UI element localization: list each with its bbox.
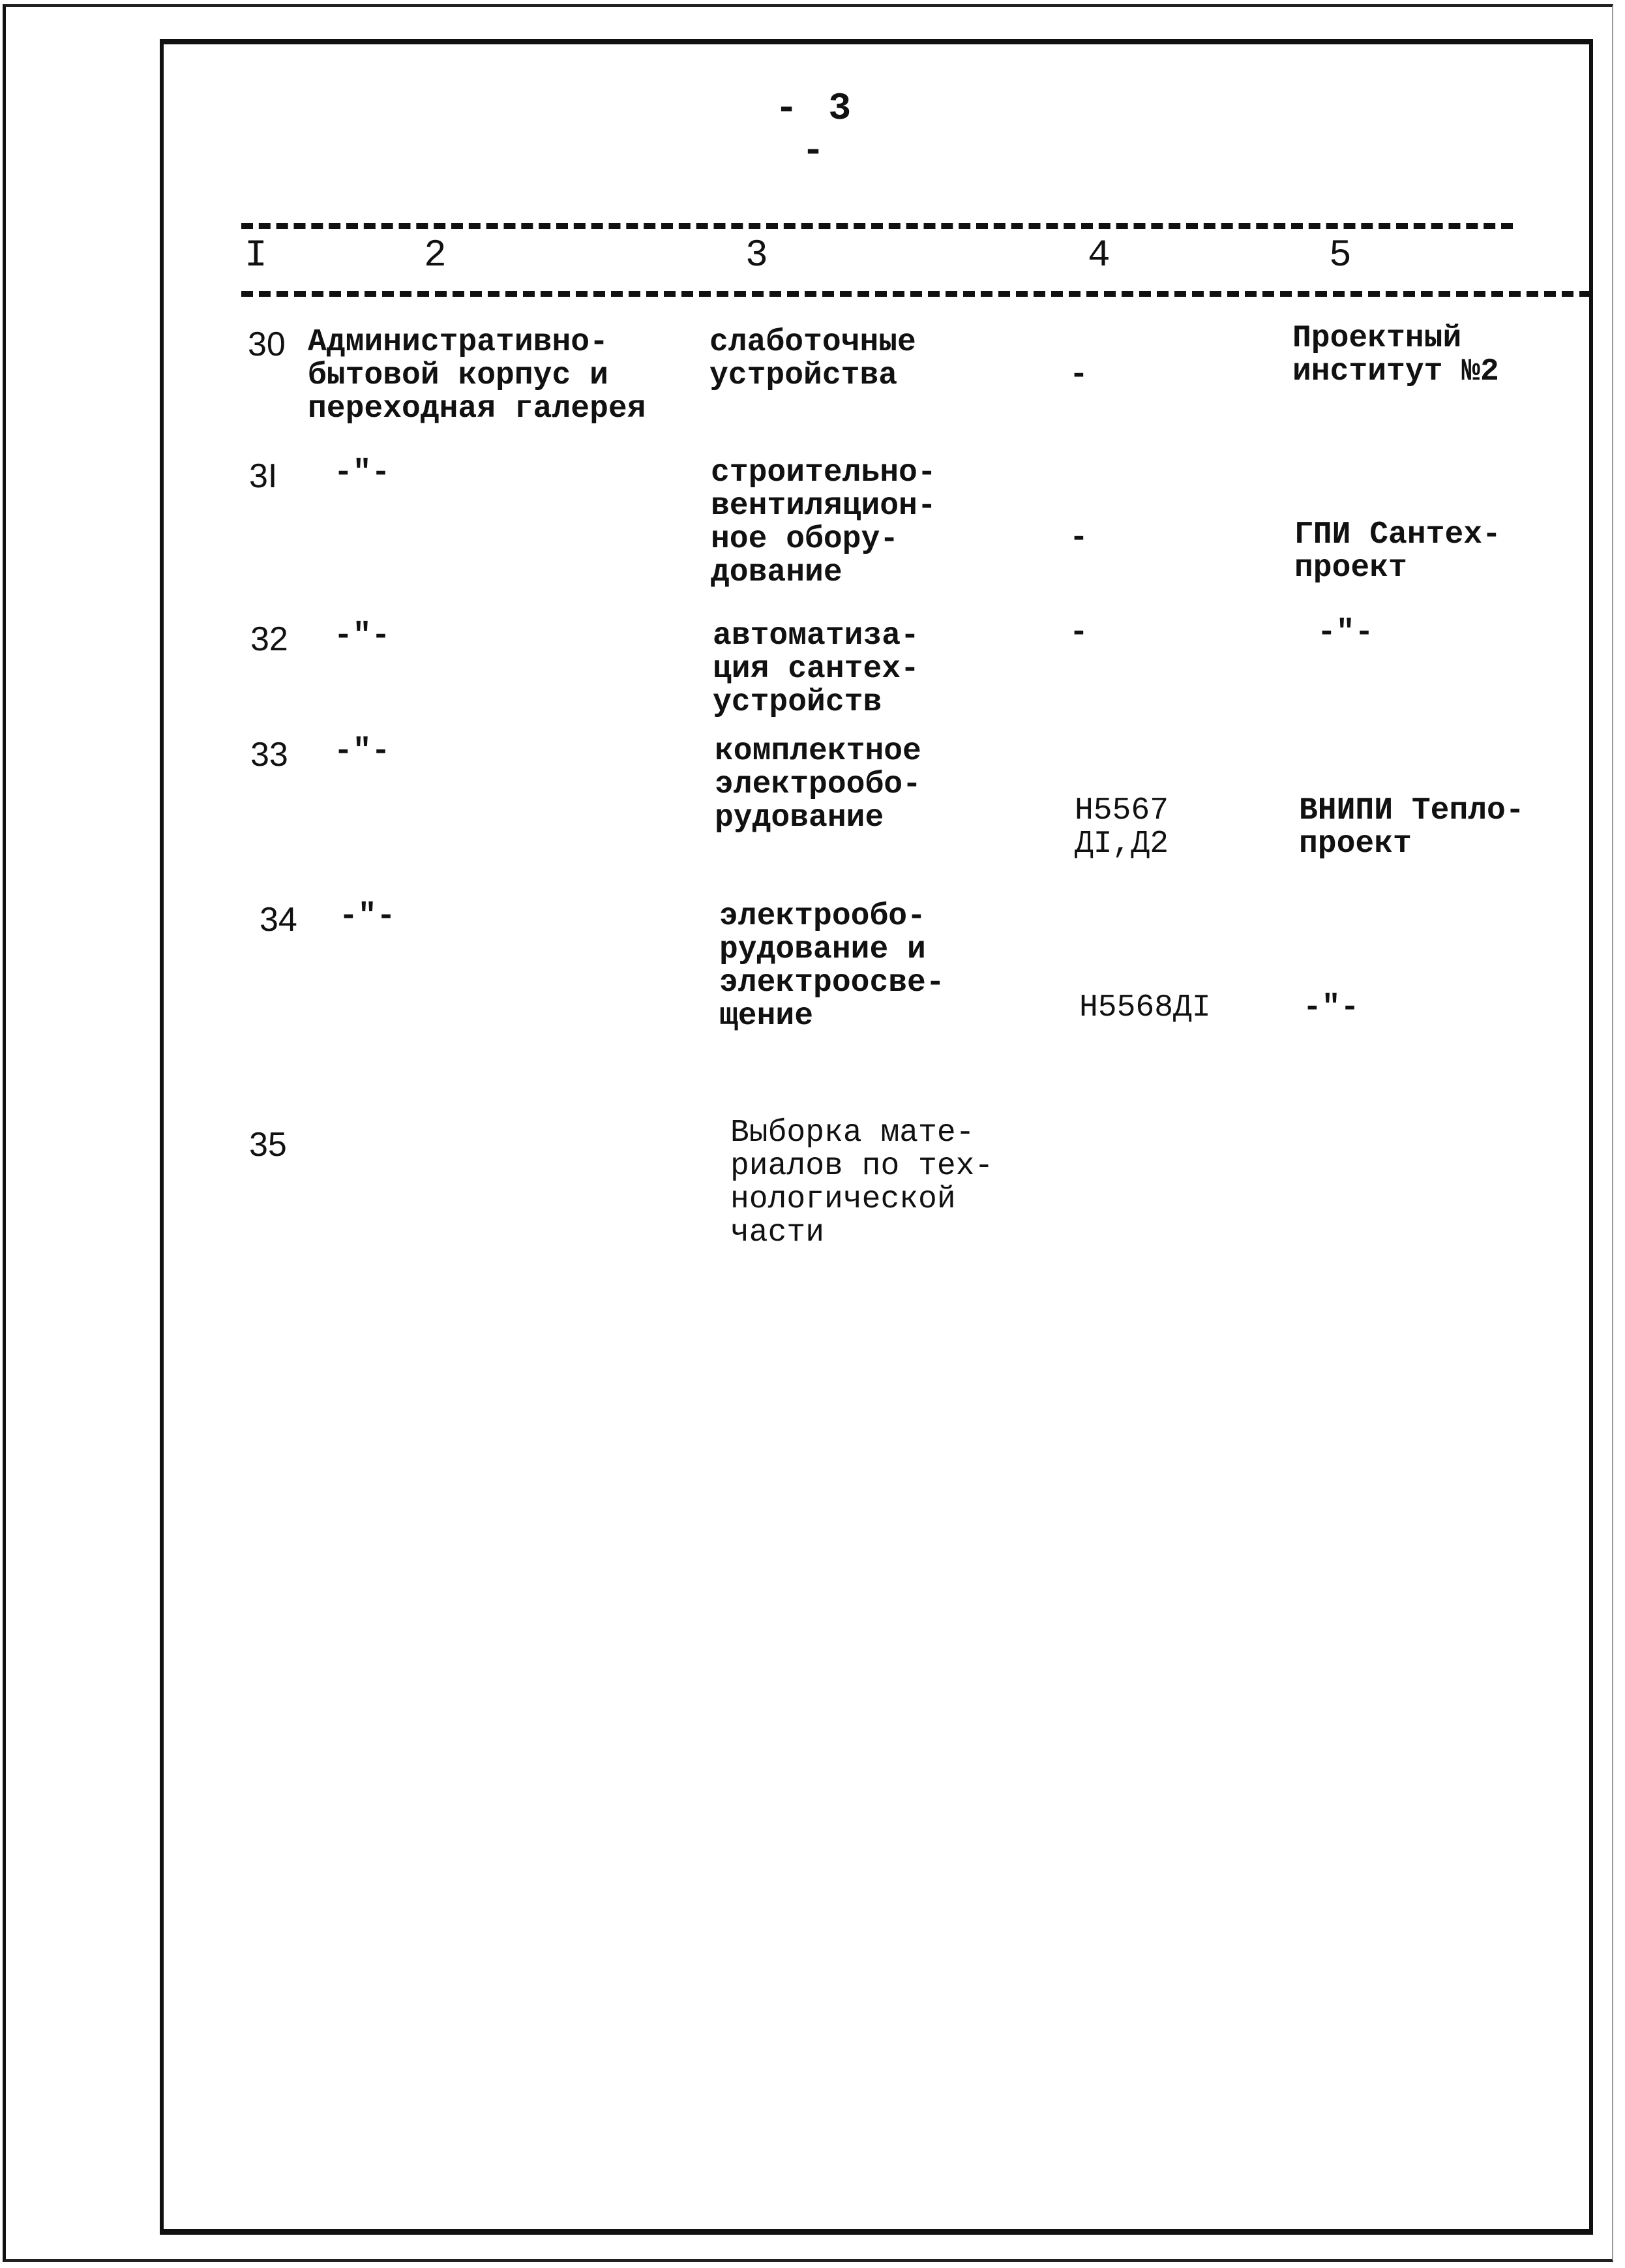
- column-header-1: I: [245, 235, 267, 277]
- section-name: комплектное электрообо- рудование: [715, 735, 921, 835]
- organization: Проектный институт №2: [1292, 322, 1499, 389]
- row-number: 35: [249, 1125, 287, 1164]
- column-header-2: 2: [424, 235, 447, 277]
- row-number: 3I: [249, 457, 277, 496]
- column-header-3: 3: [745, 235, 768, 277]
- column-header-5: 5: [1329, 235, 1352, 277]
- row-number: 32: [250, 620, 288, 659]
- header-top-rule: [241, 223, 1513, 229]
- drawing-code: -: [1069, 616, 1088, 650]
- organization: ВНИПИ Тепло- проект: [1299, 794, 1525, 861]
- column-header-4: 4: [1088, 235, 1111, 277]
- object-name: -"-: [339, 900, 395, 933]
- organization: -"-: [1303, 991, 1359, 1025]
- section-name: слаботочные устройства: [709, 326, 916, 393]
- drawing-code: Н5568ДI: [1079, 991, 1211, 1025]
- row-number: 34: [260, 900, 297, 939]
- section-name: электрообо- рудование и электроосве- щен…: [719, 900, 945, 1033]
- object-name: -"-: [334, 735, 390, 768]
- object-name: Административно- бытовой корпус и перехо…: [308, 326, 646, 426]
- header-bottom-rule: [241, 291, 1591, 297]
- object-name: -"-: [334, 457, 390, 490]
- drawing-code: -: [1069, 359, 1088, 392]
- section-name: Выборка мате- риалов по тех- нологическо…: [730, 1117, 993, 1250]
- section-name: строительно- вентиляцион- ное обору- дов…: [711, 457, 936, 590]
- page-number: - 3 -: [763, 88, 867, 173]
- organization: ГПИ Сантех- проект: [1294, 519, 1501, 585]
- object-name: -"-: [334, 620, 390, 653]
- drawing-code: Н5567 ДI,Д2: [1075, 794, 1169, 861]
- row-number: 30: [248, 325, 286, 364]
- section-name: автоматиза- ция сантех- устройств: [713, 620, 919, 719]
- organization: -"-: [1317, 616, 1373, 650]
- row-number: 33: [250, 735, 288, 774]
- drawing-code: -: [1069, 522, 1088, 555]
